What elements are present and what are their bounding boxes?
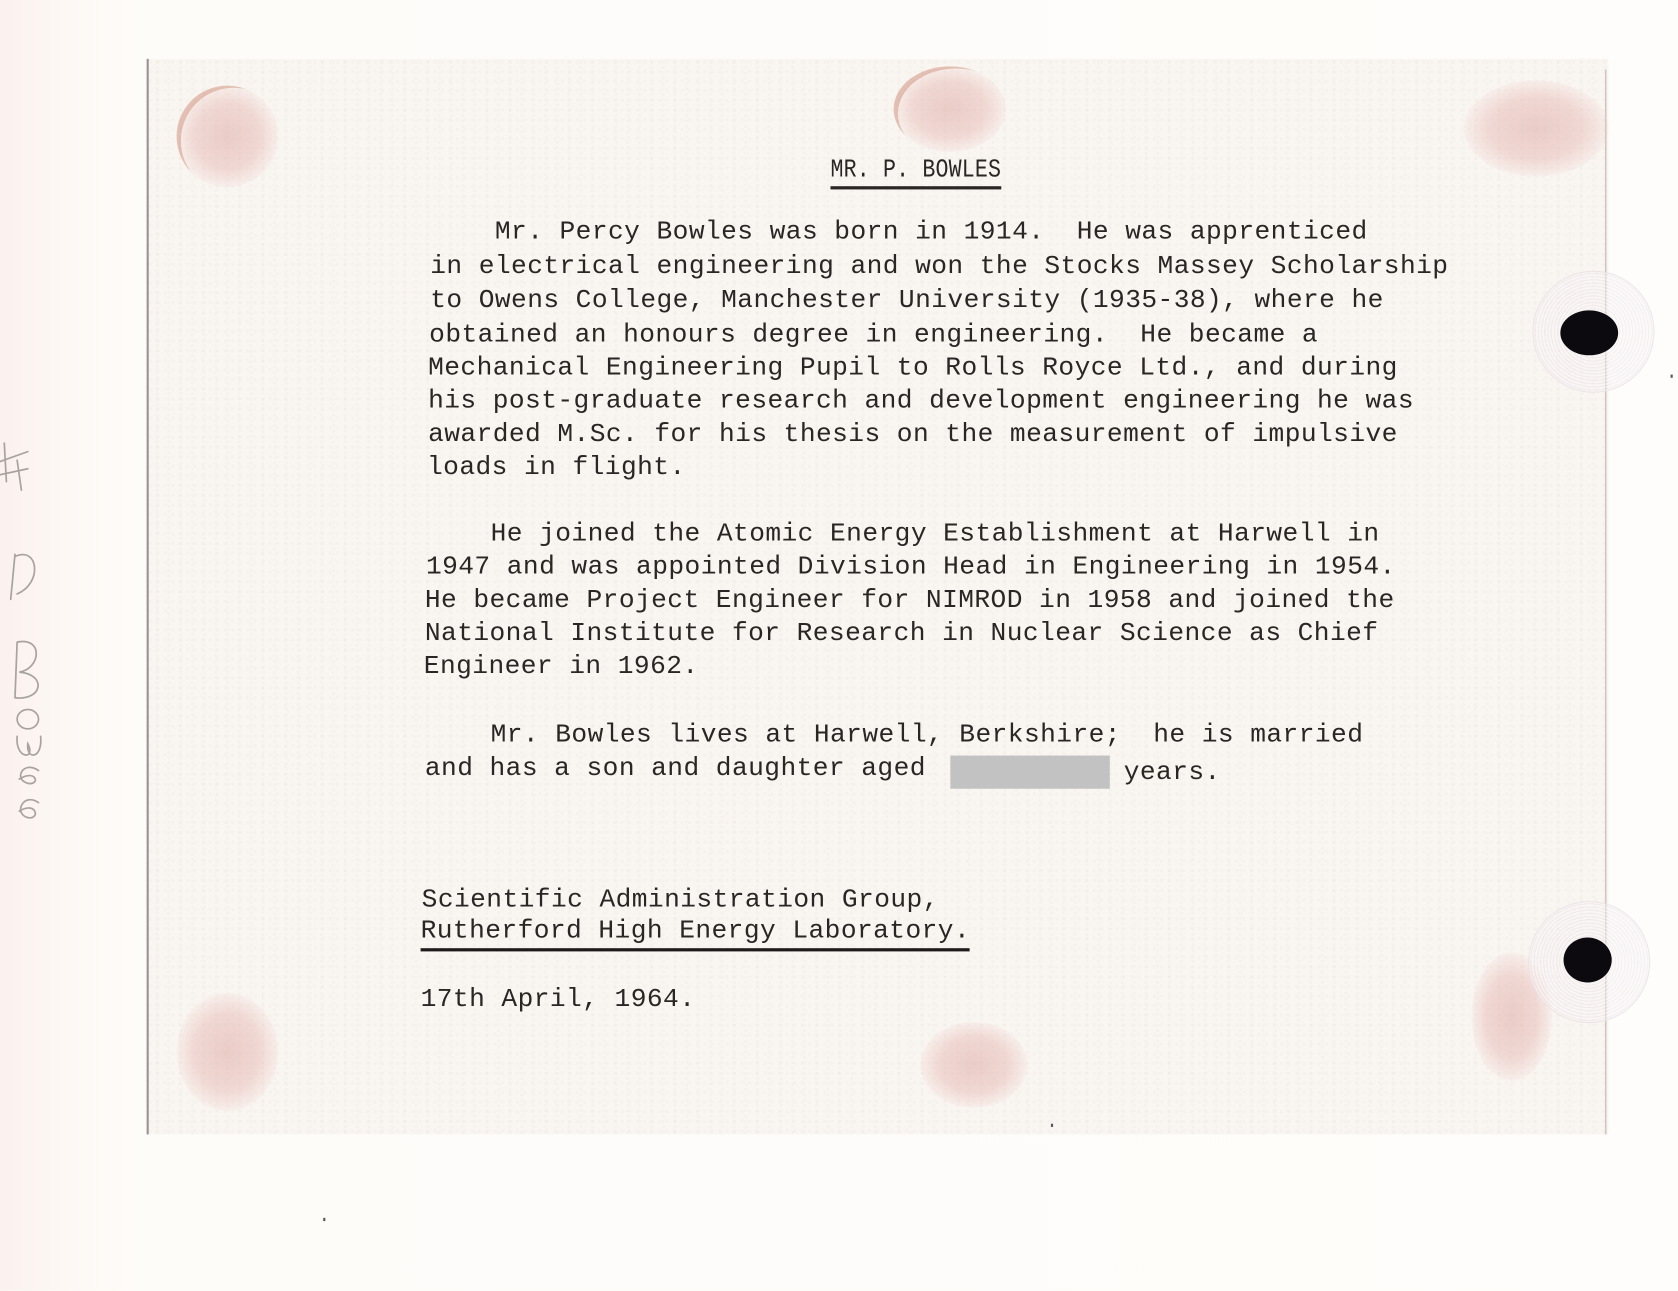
redacted-age [950, 756, 1109, 789]
text-line: National Institute for Research in Nucle… [425, 622, 1379, 648]
handwritten-margin-note [0, 439, 60, 835]
stain-top-center [894, 66, 1006, 152]
signature-group: Scientific Administration Group, [422, 888, 939, 914]
signature-laboratory: Rutherford High Energy Laboratory. [421, 919, 971, 951]
text-line: his post-graduate research and developme… [428, 390, 1414, 416]
text-line: awarded M.Sc. for his thesis on the meas… [428, 423, 1398, 449]
dust-speck [323, 1218, 325, 1221]
document-date: 17th April, 1964. [421, 988, 696, 1014]
text-line: Mr. Bowles lives at Harwell, Berkshire; … [426, 723, 1363, 749]
document-title: MR. P. BOWLES [830, 156, 1001, 189]
text-line: to Owens College, Manchester University … [430, 289, 1384, 315]
text-line: obtained an honours degree in engineerin… [429, 323, 1318, 349]
text-line: 1947 and was appointed Division Head in … [426, 555, 1396, 581]
scanned-page: MR. P. BOWLES Mr. Percy Bowles was born … [0, 0, 1678, 1291]
punch-hole-bottom [1564, 937, 1612, 982]
dust-speck [1051, 1124, 1053, 1127]
text-line: and has a son and daughter aged [425, 757, 926, 783]
text-line: years. [1124, 761, 1221, 787]
text-line: Engineer in 1962. [424, 655, 699, 681]
text-line: He became Project Engineer for NIMROD in… [425, 589, 1395, 615]
stain-top-right [1464, 80, 1608, 176]
text-line: Mechanical Engineering Pupil to Rolls Ro… [428, 356, 1398, 382]
stain-top-left [177, 86, 279, 188]
text-line: loads in flight. [427, 456, 686, 482]
dust-speck [1671, 375, 1673, 378]
stain-bottom-center [920, 1022, 1027, 1108]
text-line: in electrical engineering and won the St… [430, 255, 1448, 281]
text-line: Mr. Percy Bowles was born in 1914. He wa… [430, 220, 1367, 246]
punch-hole-top [1560, 310, 1618, 355]
stain-bottom-left [177, 993, 279, 1111]
text-line: He joined the Atomic Energy Establishmen… [426, 522, 1380, 548]
